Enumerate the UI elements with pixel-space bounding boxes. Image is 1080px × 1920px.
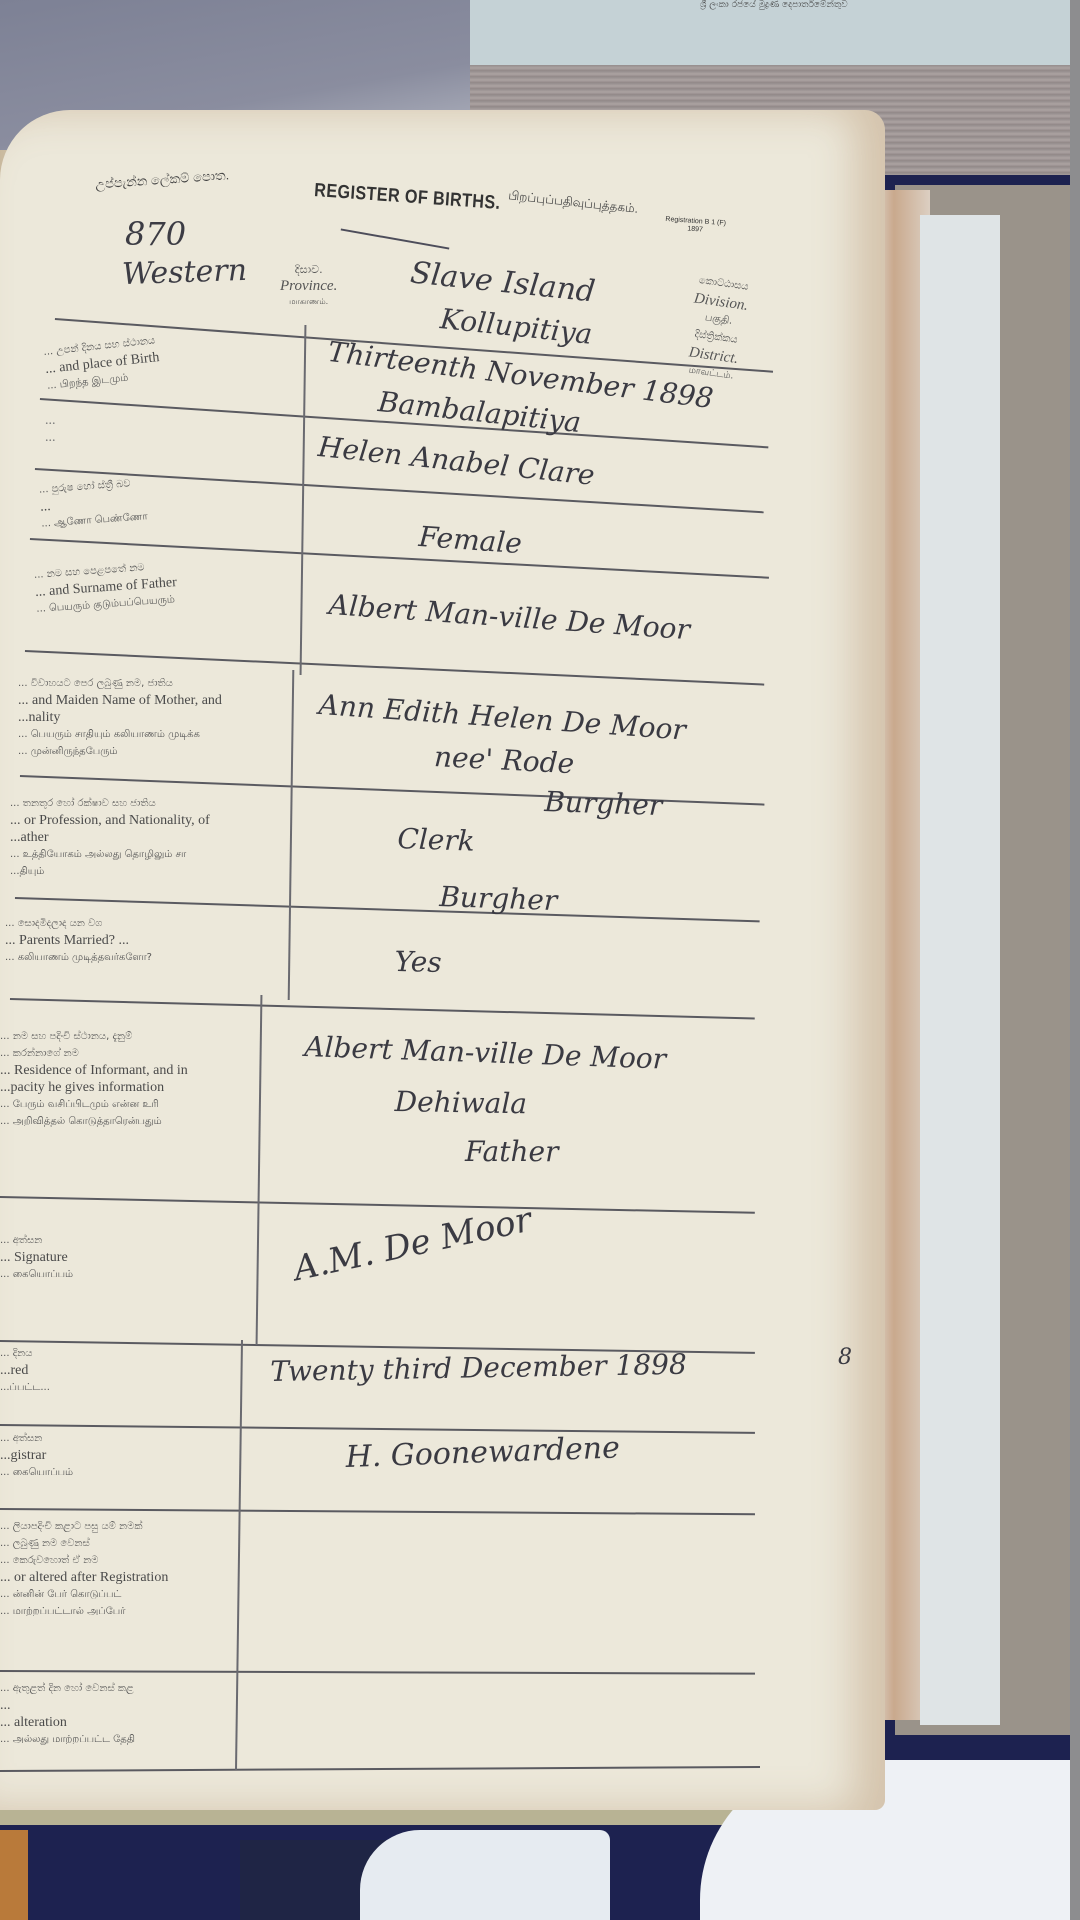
province-label-si: දිසාව. (280, 262, 337, 278)
label-parents-married: ... සොදමිදලාද යන වග ... Parents Married?… (5, 915, 152, 966)
label-line: ... (45, 412, 56, 429)
label-line: ... (45, 429, 56, 446)
label-si: ... තනතුර හෝ රක්ෂාව සහ ජාතිය (10, 795, 210, 812)
label-si: ... ලියාපදිංචි කළාට පසු යම් නමක් (0, 1518, 168, 1535)
margin-note: 8 (838, 1345, 852, 1370)
label-mother-name: ... විවාහයට පෙර ලබුණු නම, ජාතිය ... and … (18, 675, 222, 760)
label-si: ... කෙරුවහොත් ඒ නම (0, 1552, 168, 1569)
label-ta: ... பெயரும் சாதியும் கலியாணம் முடிக்க (18, 726, 222, 743)
image-border (1070, 0, 1080, 1920)
label-date-registered: ... දිනය ...red ...ப்பட்ட... (0, 1345, 50, 1396)
label-sex: ... පුරුෂ හෝ ස්ත්‍රී බව ... ... ஆணோ பெண்… (38, 474, 148, 532)
label-name-altered: ... ලියාපදිංචි කළාට පසු යම් නමක් ... ලබු… (0, 1518, 168, 1620)
label-en: ...ather (10, 829, 210, 846)
entry-district: Western (121, 253, 247, 292)
label-en: ...pacity he gives information (0, 1079, 188, 1096)
background-book-cover (470, 0, 1070, 75)
value-father-profession: Clerk (397, 822, 475, 858)
label-date-alteration: ... ඇතුළත් දින හෝ වෙනස් කළ ... ... alter… (0, 1680, 135, 1748)
label-si: ... කරන්නාගේ නම (0, 1045, 188, 1062)
label-informant: ... නම සහ පදිංචි ස්ථානය, දැනුම් ... කරන්… (0, 1028, 188, 1130)
label-father-name: ... නම සහ පෙළපතේ නම ... and Surname of F… (33, 557, 178, 618)
label-ta: ... பேரும் வசிப்பிடமும் என்ன உரி (0, 1096, 188, 1113)
label-en: ... Parents Married? ... (5, 932, 152, 949)
wooden-stick (0, 1830, 28, 1920)
label-ta: ... கையொப்பம் (0, 1266, 73, 1283)
value-father-nationality: Burgher (439, 880, 558, 917)
province-label-en: Province. (280, 278, 337, 294)
label-si: ... නම සහ පදිංචි ස්ථානය, දැනුම් (0, 1028, 188, 1045)
label-si: ... සොදමිදලාද යන වග (5, 915, 152, 932)
label-ta: ...ப்பட்ட... (0, 1379, 50, 1396)
label-ta: ... கையொப்பம் (0, 1464, 73, 1481)
value-mother-nationality: Burgher (544, 785, 663, 822)
province-label: දිසාව. Province. மாகாணம். (280, 262, 337, 310)
label-en: ...gistrar (0, 1447, 73, 1464)
label-informant-signature: ... අත්සන ... Signature ... கையொப்பம் (0, 1232, 73, 1283)
label-ta: ... மாற்றப்பட்டால் அப்பேர் (0, 1603, 168, 1620)
label-si: ... අත්සන (0, 1232, 73, 1249)
background-book-print: ශ්‍රී ලංකා රජයේ මුද්‍රණ දෙපාර්තමේන්තුව (700, 0, 848, 10)
label-ta: ... உத்தியோகம் அல்லது தொழிலும் சா (10, 846, 210, 863)
label-en: ... and Maiden Name of Mother, and (18, 692, 222, 709)
label-en: ...nality (18, 709, 222, 726)
label-en: ... alteration (0, 1714, 135, 1731)
label-si: ... විවාහයට පෙර ලබුණු නම, ජාතිය (18, 675, 222, 692)
label-en: ... Signature (0, 1249, 73, 1266)
label-en: ... or altered after Registration (0, 1569, 168, 1586)
label-ta: ... முன்னிருந்தபேரும் (18, 743, 222, 760)
label-registrar-signature: ... අත්සන ...gistrar ... கையொப்பம் (0, 1430, 73, 1481)
label-en: ... (0, 1697, 135, 1714)
label-ta: ...தியும் (10, 863, 210, 880)
label-ta: ... கலியாணம் முடித்தவர்களோ? (5, 949, 152, 966)
label-en: ...red (0, 1362, 50, 1379)
label-si: ... ලබුණු නම වෙනස් (0, 1535, 168, 1552)
book-endpaper (920, 215, 1000, 1725)
label-si: ... ඇතුළත් දින හෝ වෙනස් කළ (0, 1680, 135, 1697)
label-ta: ... அறிவித்தல் கொடுத்தாரென்பதும் (0, 1113, 188, 1130)
background-cloth-white (360, 1830, 610, 1920)
label-ta: ... ன்னின் பேர் கொடுப்பட் (0, 1586, 168, 1603)
province-label-ta: மாகாணம். (280, 294, 337, 310)
label-father-profession: ... තනතුර හෝ රක්ෂාව සහ ජාතිය ... or Prof… (10, 795, 210, 880)
value-informant-residence: Dehiwala (394, 1085, 527, 1120)
value-informant-capacity: Father (465, 1135, 558, 1168)
entry-number: 870 (125, 215, 186, 253)
value-parents-married: Yes (394, 945, 442, 979)
label-si: ... අත්සන (0, 1430, 73, 1447)
label-si: ... දිනය (0, 1345, 50, 1362)
label-name: ... ... (45, 412, 56, 446)
label-en: ... or Profession, and Nationality, of (10, 812, 210, 829)
label-ta: ... அல்லது மாற்றப்பட்ட தேதி (0, 1731, 135, 1748)
label-en: ... Residence of Informant, and in (0, 1062, 188, 1079)
